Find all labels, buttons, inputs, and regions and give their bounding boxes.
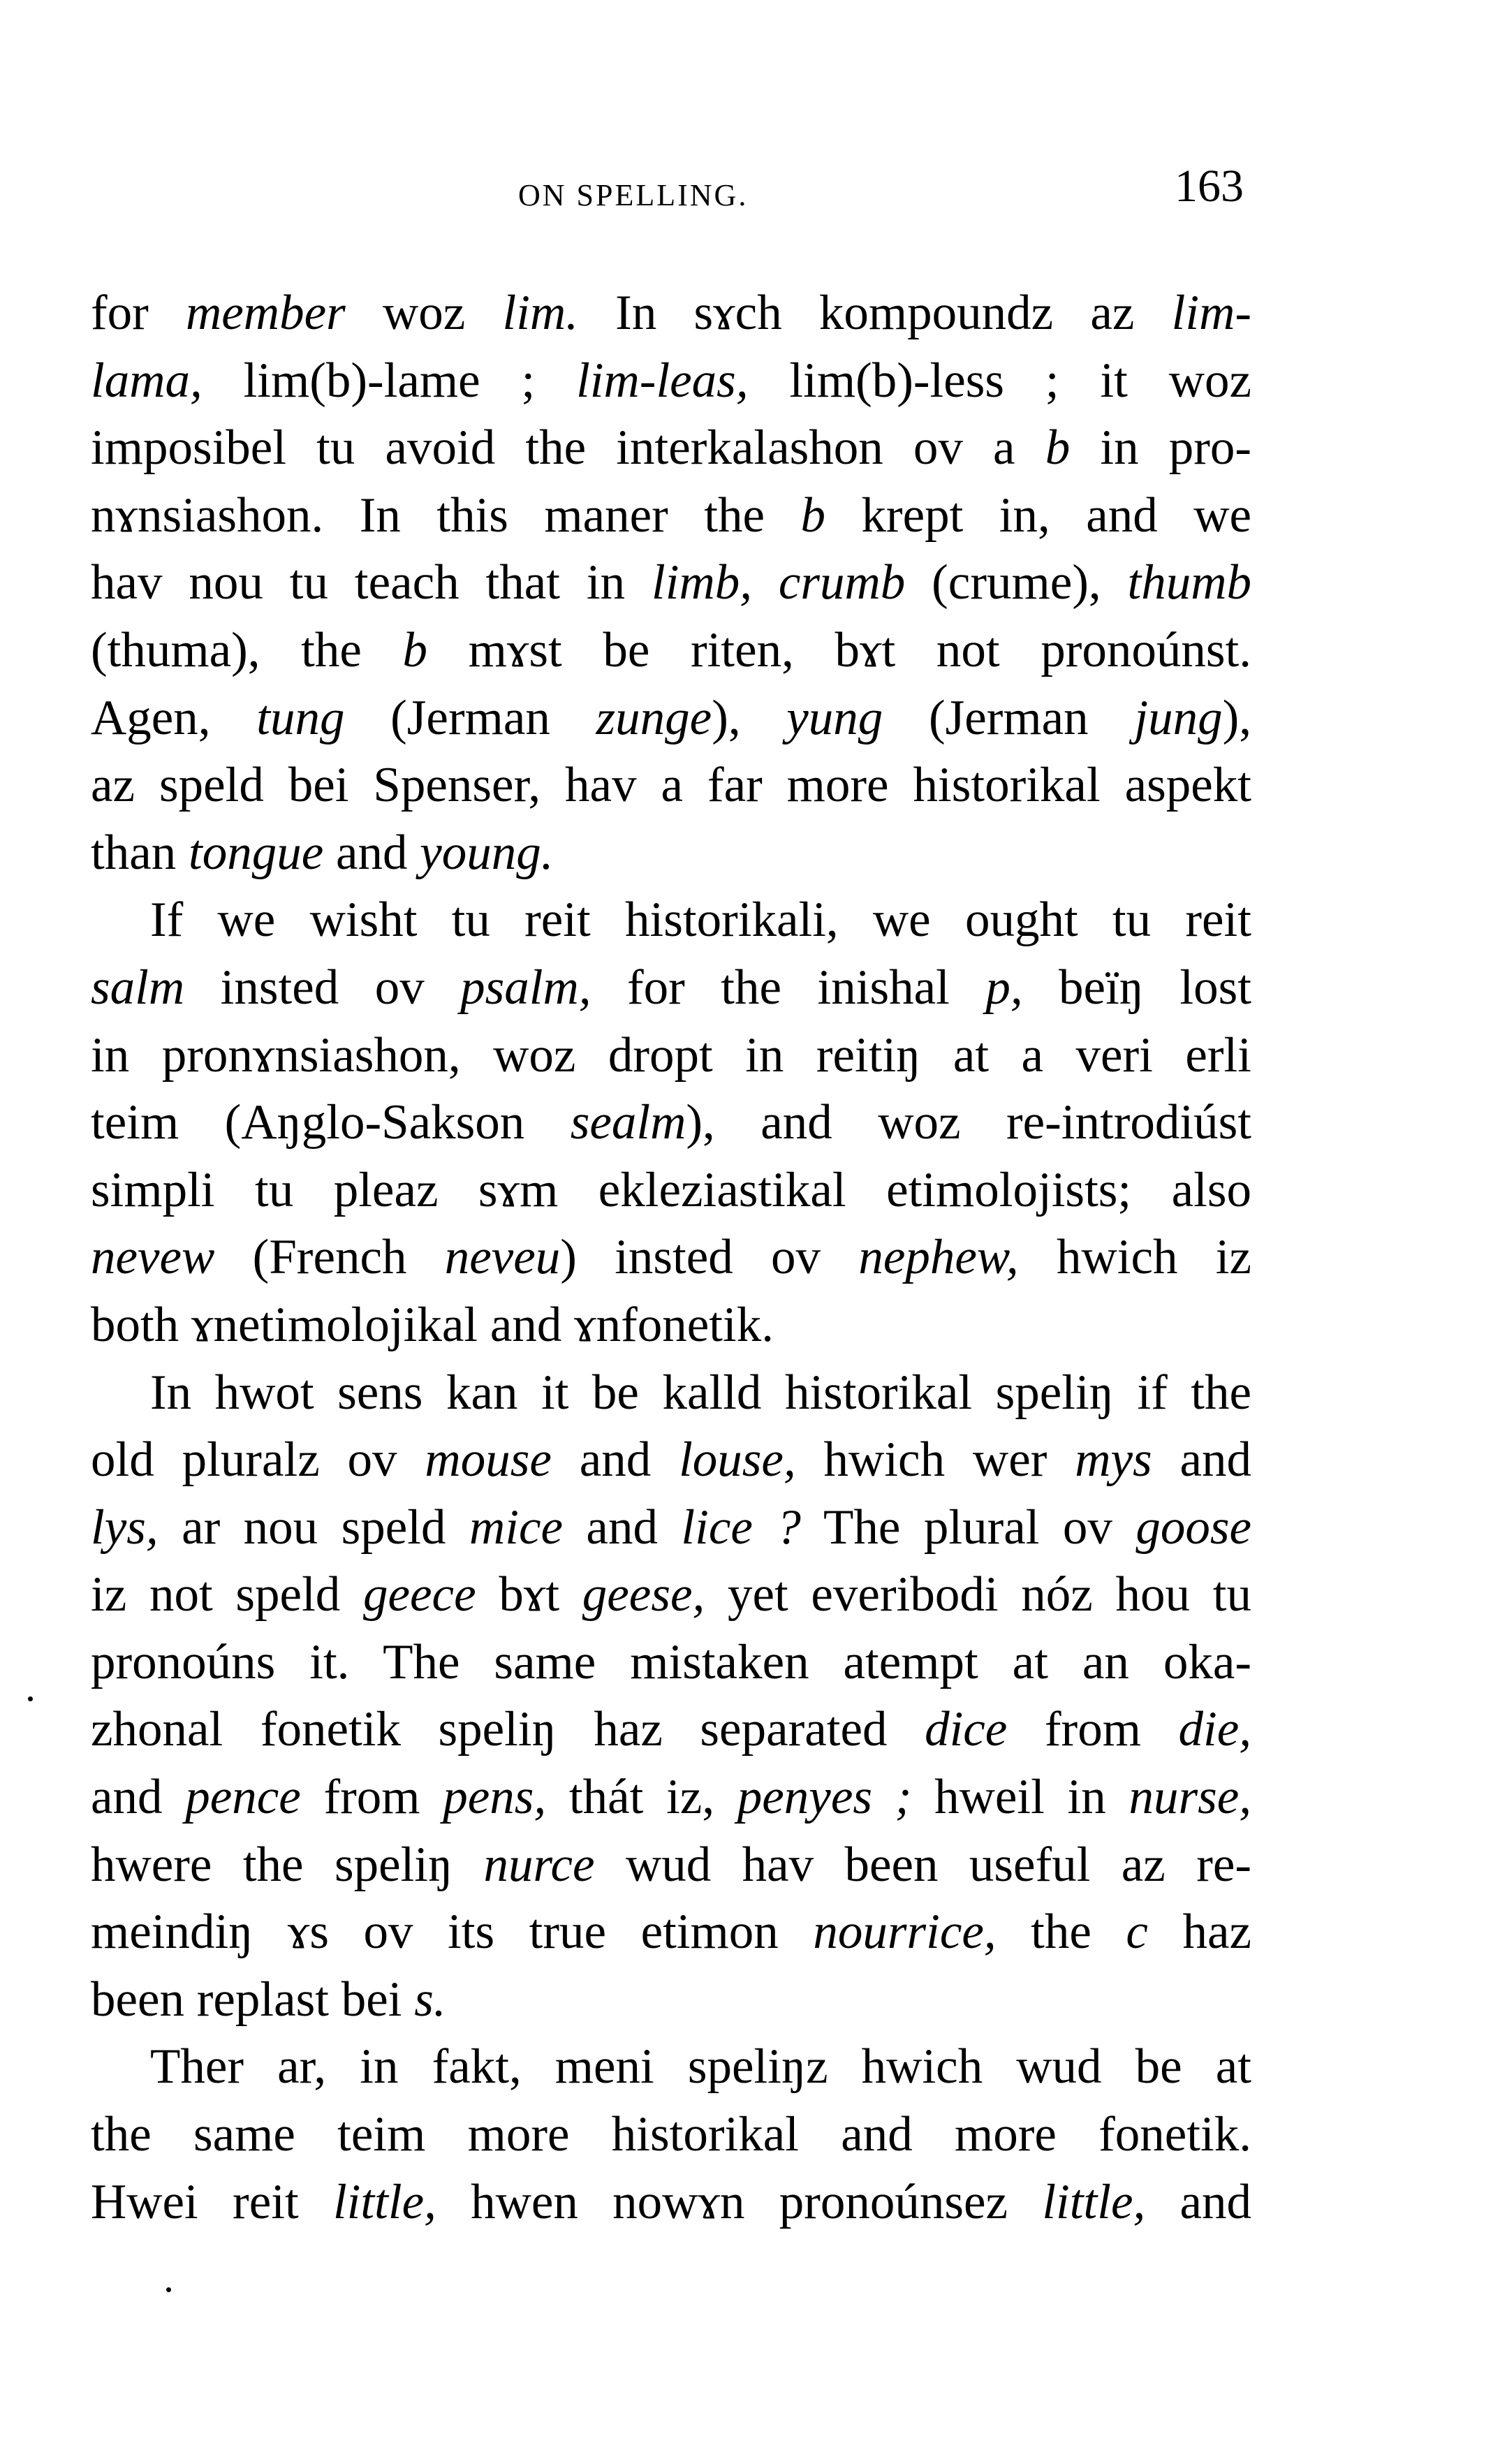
text-run: bɤt xyxy=(476,1567,582,1622)
text-run: and xyxy=(323,826,420,880)
italic-text: b xyxy=(403,623,428,677)
text-run: ), xyxy=(712,691,786,745)
text-run: meindiŋ ɤs ov its true etimon xyxy=(91,1905,813,1959)
italic-text: dice xyxy=(925,1702,1007,1757)
body-text: for member woz lim. In sɤch kompoundz az… xyxy=(91,279,1251,2236)
text-run: (thuma), the xyxy=(91,623,403,677)
italic-text: little, xyxy=(1042,2175,1145,2229)
italic-text: nurce xyxy=(484,1838,595,1892)
italic-text: mice xyxy=(469,1500,563,1555)
text-run: haz xyxy=(1148,1905,1251,1959)
italic-text: louse, xyxy=(679,1432,796,1487)
italic-text: lim-leas, xyxy=(576,353,749,408)
italic-text: b xyxy=(1045,420,1071,475)
text-run: and xyxy=(552,1432,679,1487)
text-line: been replast bei s. xyxy=(91,1966,1251,2034)
text-run: If we wisht tu reit historikali, we ough… xyxy=(150,893,1251,947)
italic-text: yung xyxy=(786,691,883,745)
text-run: pronoúns it. The same mistaken atempt at… xyxy=(91,1635,1251,1689)
italic-text: lys, xyxy=(91,1500,159,1555)
text-line: the same teim more historikal and more f… xyxy=(91,2101,1251,2169)
text-run: the same teim more historikal and more f… xyxy=(91,2107,1251,2162)
text-run: hwich iz xyxy=(1019,1230,1251,1284)
text-run: In sɤch kompoundz az xyxy=(578,286,1172,340)
text-line: In hwot sens kan it be kalld historikal … xyxy=(91,1359,1251,1427)
italic-text: tongue xyxy=(189,826,323,880)
italic-text: zunge xyxy=(596,691,712,745)
text-run: the xyxy=(997,1905,1126,1959)
text-line: Hwei reit little, hwen nowɤn pronoúnsez … xyxy=(91,2169,1251,2236)
italic-text: tung xyxy=(256,691,344,745)
text-line: lama, lim(b)-lame ; lim-leas, lim(b)-les… xyxy=(91,347,1251,415)
italic-text: goose xyxy=(1135,1500,1251,1555)
italic-text: young. xyxy=(420,826,553,880)
italic-text: mys xyxy=(1075,1432,1152,1487)
text-run: been replast bei xyxy=(91,1972,414,2027)
italic-text: lama, xyxy=(91,353,203,408)
text-run: mɤst be riten, bɤt not pronoúnst. xyxy=(427,623,1251,677)
text-run: thát iz, xyxy=(546,1770,737,1824)
text-line: If we wisht tu reit historikali, we ough… xyxy=(91,886,1251,954)
italic-text: geese, xyxy=(582,1567,705,1622)
italic-text: mouse xyxy=(425,1432,551,1487)
text-line: in pronɤnsiashon, woz dropt in reitiŋ at… xyxy=(91,1022,1251,1090)
italic-text: geece xyxy=(363,1567,476,1622)
text-run: and xyxy=(563,1500,681,1555)
text-line: teim (Aŋglo-Sakson sealm), and woz re-in… xyxy=(91,1089,1251,1157)
bottom-speck xyxy=(166,2287,171,2292)
text-run: krept in, and we xyxy=(825,488,1251,543)
running-title: ON SPELLING. xyxy=(518,175,748,217)
text-run: beïŋ lost xyxy=(1023,960,1251,1015)
italic-text: limb, crumb xyxy=(652,555,905,610)
text-line: old pluralz ov mouse and louse, hwich we… xyxy=(91,1426,1251,1494)
text-run: ), and woz re-introdiúst xyxy=(686,1095,1251,1150)
text-run: hav nou tu teach that in xyxy=(91,555,652,610)
italic-text: thumb xyxy=(1127,555,1251,610)
text-line: salm insted ov psalm, for the inishal p,… xyxy=(91,954,1251,1022)
text-run: wud hav been useful az re- xyxy=(595,1838,1251,1892)
book-page: ON SPELLING. 163 for member woz lim. In … xyxy=(0,0,1507,2464)
italic-text: lice ? xyxy=(681,1500,800,1555)
text-run: Hwei reit xyxy=(91,2175,333,2229)
text-run: in pronɤnsiashon, woz dropt in reitiŋ at… xyxy=(91,1028,1251,1083)
text-line: simpli tu pleaz sɤm ekleziastikal etimol… xyxy=(91,1157,1251,1224)
text-run: and xyxy=(91,1770,185,1824)
italic-text: neveu xyxy=(445,1230,561,1284)
text-run: teim (Aŋglo-Sakson xyxy=(91,1095,571,1150)
text-line: az speld bei Spenser, hav a far more his… xyxy=(91,751,1251,819)
italic-text: s. xyxy=(414,1972,446,2027)
text-run: ar nou speld xyxy=(159,1500,469,1555)
text-line: Ther ar, in fakt, meni speliŋz hwich wud… xyxy=(91,2033,1251,2101)
italic-text: p, xyxy=(985,960,1022,1015)
text-run: and xyxy=(1152,1432,1251,1487)
text-run: iz not speld xyxy=(91,1567,363,1622)
text-run: in pro- xyxy=(1070,420,1251,475)
text-line: lys, ar nou speld mice and lice ? The pl… xyxy=(91,1494,1251,1562)
text-run: The plural ov xyxy=(801,1500,1136,1555)
page-number: 163 xyxy=(1175,162,1244,211)
text-run: ) insted ov xyxy=(560,1230,858,1284)
italic-text: nephew, xyxy=(858,1230,1018,1284)
italic-text: lim- xyxy=(1172,286,1251,340)
text-run: imposibel tu avoid the interkalashon ov … xyxy=(91,420,1045,475)
text-line: zhonal fonetik speliŋ haz separated dice… xyxy=(91,1696,1251,1763)
text-run: yet everibodi nóz hou tu xyxy=(705,1567,1251,1622)
text-line: nɤnsiashon. In this maner the b krept in… xyxy=(91,482,1251,550)
italic-text: nourrice, xyxy=(813,1905,996,1959)
text-run: for the inishal xyxy=(591,960,986,1015)
text-line: iz not speld geece bɤt geese, yet everib… xyxy=(91,1561,1251,1629)
text-run: Agen, xyxy=(91,691,256,745)
italic-text: salm xyxy=(91,960,184,1015)
italic-text: little, xyxy=(333,2175,436,2229)
text-run: from xyxy=(301,1770,443,1824)
text-run: insted ov xyxy=(184,960,460,1015)
italic-text: penyes ; xyxy=(737,1770,912,1824)
italic-text: nevew xyxy=(91,1230,214,1284)
left-margin-speck xyxy=(28,1696,33,1701)
text-run: hwen nowɤn pronoúnsez xyxy=(436,2175,1042,2229)
italic-text: die, xyxy=(1179,1702,1252,1757)
text-run: az speld bei Spenser, hav a far more his… xyxy=(91,758,1251,812)
italic-text: member xyxy=(186,286,346,340)
text-run: than xyxy=(91,826,189,880)
text-run: woz xyxy=(346,286,503,340)
text-line: both ɤnetimolojikal and ɤnfonetik. xyxy=(91,1291,1251,1359)
italic-text: nurse, xyxy=(1129,1770,1251,1824)
text-line: Agen, tung (Jerman zunge), yung (Jerman … xyxy=(91,684,1251,752)
text-run: for xyxy=(91,286,186,340)
text-run: (Jerman xyxy=(883,691,1134,745)
text-run: (Jerman xyxy=(344,691,596,745)
italic-text: lim. xyxy=(502,286,578,340)
text-line: (thuma), the b mɤst be riten, bɤt not pr… xyxy=(91,617,1251,684)
text-run: hwich wer xyxy=(796,1432,1075,1487)
text-run: (crume), xyxy=(905,555,1127,610)
text-run: lim(b)-less ; it woz xyxy=(749,353,1251,408)
italic-text: jung xyxy=(1134,691,1222,745)
text-line: for member woz lim. In sɤch kompoundz az… xyxy=(91,279,1251,347)
text-run: both ɤnetimolojikal and ɤnfonetik. xyxy=(91,1298,774,1352)
text-run: from xyxy=(1007,1702,1178,1757)
text-run: hweil in xyxy=(911,1770,1129,1824)
text-run: Ther ar, in fakt, meni speliŋz hwich wud… xyxy=(150,2039,1251,2094)
text-line: than tongue and young. xyxy=(91,819,1251,887)
text-line: meindiŋ ɤs ov its true etimon nourrice, … xyxy=(91,1898,1251,1966)
text-run: hwere the speliŋ xyxy=(91,1838,484,1892)
italic-text: psalm, xyxy=(460,960,591,1015)
text-run: (French xyxy=(214,1230,444,1284)
italic-text: pens, xyxy=(443,1770,546,1824)
text-run: zhonal fonetik speliŋ haz separated xyxy=(91,1702,925,1757)
text-line: nevew (French neveu) insted ov nephew, h… xyxy=(91,1224,1251,1291)
text-run: In hwot sens kan it be kalld historikal … xyxy=(150,1365,1251,1420)
italic-text: b xyxy=(800,488,825,543)
italic-text: pence xyxy=(185,1770,301,1824)
text-run: old pluralz ov xyxy=(91,1432,425,1487)
text-run: simpli tu pleaz sɤm ekleziastikal etimol… xyxy=(91,1163,1251,1217)
text-run: and xyxy=(1145,2175,1251,2229)
text-run: nɤnsiashon. In this maner the xyxy=(91,488,800,543)
text-line: hwere the speliŋ nurce wud hav been usef… xyxy=(91,1831,1251,1899)
text-run: lim(b)-lame ; xyxy=(203,353,576,408)
text-run: ), xyxy=(1223,691,1251,745)
italic-text: c xyxy=(1126,1905,1148,1959)
text-line: hav nou tu teach that in limb, crumb (cr… xyxy=(91,549,1251,617)
italic-text: sealm xyxy=(571,1095,686,1150)
text-line: pronoúns it. The same mistaken atempt at… xyxy=(91,1629,1251,1696)
text-line: imposibel tu avoid the interkalashon ov … xyxy=(91,414,1251,482)
text-line: and pence from pens, thát iz, penyes ; h… xyxy=(91,1763,1251,1831)
